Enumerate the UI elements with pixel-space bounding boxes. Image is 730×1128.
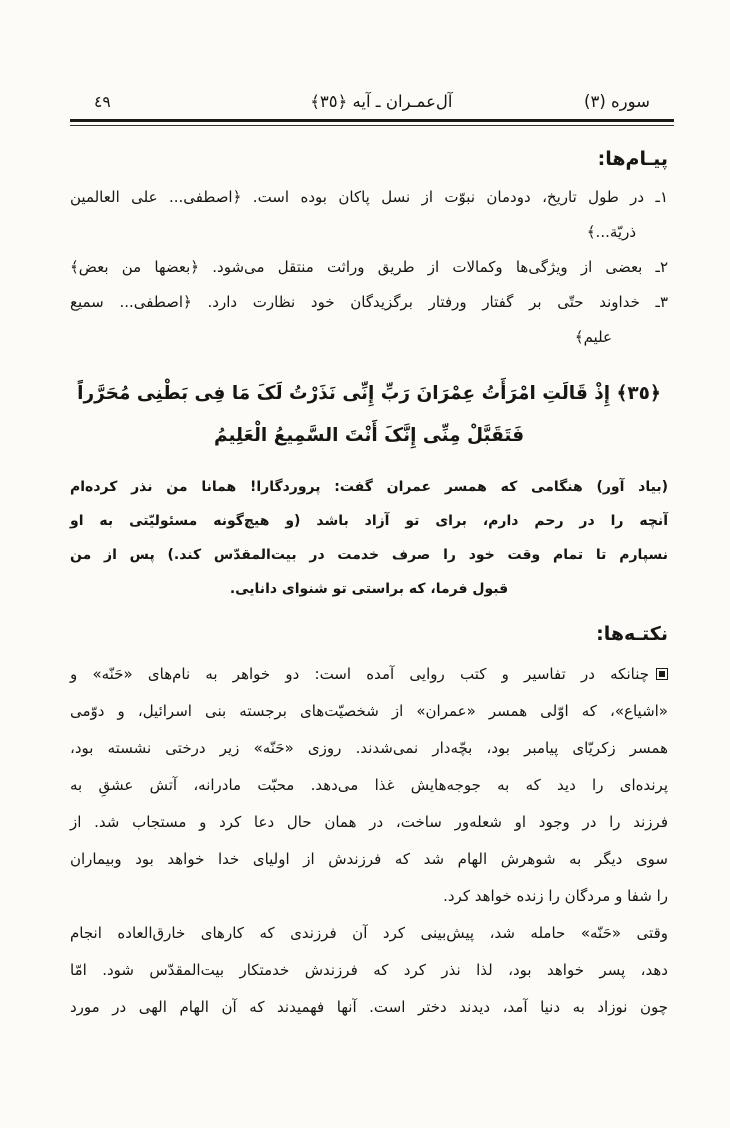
translation-line: نسپارم تا تمام وقت خود را صرف خدمت در بی… (70, 538, 668, 572)
header-rule-thick-line (70, 119, 674, 122)
translation-line: آنچه را در رحم دارم، برای تو آزاد باشد (… (70, 504, 668, 538)
translation-line: قبول فرما، که براستی تو شنوای دانایی. (70, 572, 668, 606)
header-sura-label: سوره (٣) (584, 90, 650, 114)
header-page-number: ٤٩ (94, 90, 111, 114)
note-line: پرنده‌ای را دید که به جوجه‌هایش غذا می‌د… (70, 767, 668, 804)
book-page: سوره (٣) آل‌عمـران ـ آیه ﴿٣٥﴾ ٤٩ پیـام‌ه… (0, 0, 730, 1128)
quran-verse-block: ﴿٣٥﴾ إِذْ قَالَتِ امْرَأَتُ عِمْرَانَ رَ… (70, 373, 668, 457)
note-line-text: چنانکه در تفاسیر و کتب روایی آمده است: د… (70, 665, 649, 683)
message-item: ٣ـ خداوند حتّی بر گفتار ورفتار برگزیدگان… (70, 285, 668, 355)
notes-section-heading: نکتـه‌ها: (70, 621, 668, 647)
header-chapter-verse-title: آل‌عمـران ـ آیه ﴿٣٥﴾ (310, 90, 452, 114)
note-line: چنانکه در تفاسیر و کتب روایی آمده است: د… (70, 656, 668, 693)
note-line: دهد، پسر خواهد بود، لذا نذر کرد که فرزند… (70, 952, 668, 989)
verse-translation-block: (بیاد آور) هنگامی که همسر عمران گفت: پرو… (70, 470, 668, 606)
header-rule-thin-line (70, 125, 674, 126)
note-line: چون نوزاد به دنیا آمد، دیدند دختر است. آ… (70, 989, 668, 1026)
message-line: علیم﴾ (70, 320, 668, 355)
note-line: وقتی «حَنّه» حامله شد، پیش‌بینی کرد آن ف… (70, 915, 668, 952)
header-double-rule (70, 119, 674, 126)
message-line: ذریّة...﴾ (70, 215, 668, 250)
note-line: سوی دیگر به شوهرش الهام شد که فرزندش از … (70, 841, 668, 878)
messages-list: ١ـ در طول تاریخ، دودمان نبوّت از نسل پاک… (70, 180, 668, 355)
note-paragraph: وقتی «حَنّه» حامله شد، پیش‌بینی کرد آن ف… (70, 915, 668, 1026)
note-square-bullet-icon (656, 668, 668, 680)
note-line: «اشیاع»، که اوّلی همسر «عمران» از شخصیّت… (70, 693, 668, 730)
note-line: را شفا و مردگان را زنده خواهد کرد. (70, 878, 668, 915)
note-paragraph: چنانکه در تفاسیر و کتب روایی آمده است: د… (70, 656, 668, 915)
note-line: فرزند را در وجود او شعله‌ور ساخت، در هما… (70, 804, 668, 841)
translation-line: (بیاد آور) هنگامی که همسر عمران گفت: پرو… (70, 470, 668, 504)
message-item: ١ـ در طول تاریخ، دودمان نبوّت از نسل پاک… (70, 180, 668, 250)
message-line: ٣ـ خداوند حتّی بر گفتار ورفتار برگزیدگان… (70, 285, 668, 320)
verse-line: فَتَقَبَّلْ مِنِّی إِنَّکَ أَنْتَ السَّم… (70, 415, 668, 457)
message-item: ٢ـ بعضی از ویژگی‌ها وکمالات از طریق وراث… (70, 250, 668, 285)
page-header: سوره (٣) آل‌عمـران ـ آیه ﴿٣٥﴾ ٤٩ (94, 90, 650, 114)
message-line: ١ـ در طول تاریخ، دودمان نبوّت از نسل پاک… (70, 180, 668, 215)
notes-body: چنانکه در تفاسیر و کتب روایی آمده است: د… (70, 656, 668, 1026)
note-line: همسر زکریّای پیامبر بود، بچّه‌دار نمی‌شد… (70, 730, 668, 767)
message-line: ٢ـ بعضی از ویژگی‌ها وکمالات از طریق وراث… (70, 250, 668, 285)
verse-line: ﴿٣٥﴾ إِذْ قَالَتِ امْرَأَتُ عِمْرَانَ رَ… (70, 373, 668, 415)
page-content: پیـام‌ها: ١ـ در طول تاریخ، دودمان نبوّت … (70, 146, 668, 1026)
messages-section-heading: پیـام‌ها: (70, 146, 668, 172)
